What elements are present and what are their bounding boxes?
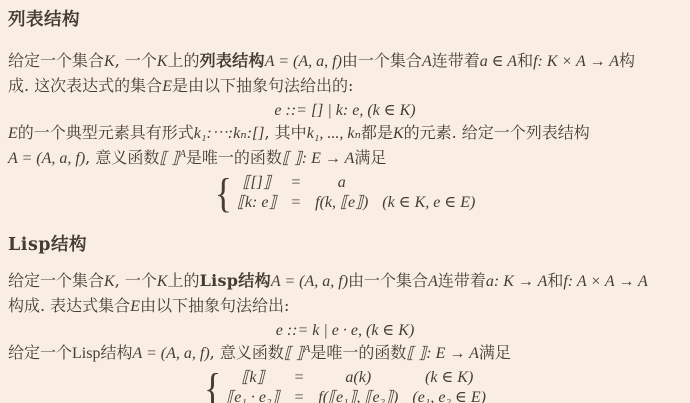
cases-block: { ⟦k⟧ = a(k) (k ∈ K) ⟦e₁ · e₂⟧ = f(⟦e₁⟧,… [8,368,682,403]
cases-rhs: a(k) [345,368,371,388]
cases-condition: (e₁, e₂ ∈ E) [412,388,486,403]
text-segment: 列表结构 [200,51,265,70]
text-segment: A [265,53,274,70]
text-segment: E [8,125,18,142]
text-segment: K [157,273,168,290]
text-segment: A [132,345,141,362]
text-segment: 上的 [168,271,200,290]
text-segment: , 一个 [115,51,157,70]
text-segment: a: K → A [486,273,547,290]
text-segment: ⟦ ⟧: E → A [406,345,478,362]
text-segment: 结构 [100,343,132,362]
text-segment: 是由以下抽象句法给出的: [172,76,353,95]
cases-rhs: f(k, ⟦e⟧) [315,193,368,213]
text-segment: A [304,343,311,355]
text-segment: 给定一个集合 [8,271,104,290]
cases-rhs: a [338,173,346,193]
text-segment: 连带着 [438,271,486,290]
text-segment: ⟦ ⟧ [159,150,179,167]
cases-lhs: ⟦k: e⟧ [237,193,276,213]
display-equation: e ::= k | e · e, (k ∈ K) [8,319,682,341]
text-line: 成. 这次表达式的集合E是由以下抽象句法给出的: [8,74,682,99]
document-page: { "page": { "background": "#f9eee1", "te… [0,0,690,403]
text-segment: 构成. 表达式集合 [8,296,130,315]
cases-eq: = [290,193,301,213]
cases-grid: ⟦k⟧ = a(k) (k ∈ K) ⟦e₁ · e₂⟧ = f(⟦e₁⟧, ⟦… [226,368,486,403]
text-segment: E [162,78,172,95]
text-segment: 都是 [361,123,393,142]
text-segment: , 意义函数 [210,343,284,362]
text-line: A = (A, a, f), 意义函数⟦ ⟧A是唯一的函数⟦ ⟧: E → A满… [8,146,682,172]
text-segment: 和 [517,51,533,70]
text-segment: K [104,53,115,70]
cases-lhs: ⟦k⟧ [241,368,264,388]
text-segment: 由一个集合 [348,271,428,290]
cases-block: { ⟦[]⟧ = a ⟦k: e⟧ = f(k, ⟦e⟧) (k ∈ K, e … [8,173,682,213]
section-lisp-structure: Lisp结构 给定一个集合K, 一个K上的Lisp结构A = (A, a, f)… [8,235,682,403]
text-segment: = (A, a, f) [142,345,210,362]
cases-rhs: f(⟦e₁⟧, ⟦e₂⟧) [318,388,398,403]
text-line: 给定一个集合K, 一个K上的Lisp结构A = (A, a, f)由一个集合A连… [8,269,682,294]
text-segment: 是唯一的函数 [186,148,282,167]
text-segment: k₁, ..., kₙ [307,125,361,142]
text-segment: , 其中 [265,123,307,142]
text-segment: 给定一个 [8,343,72,362]
text-segment: k₁:⋯:kₙ:[] [194,125,265,142]
cases-condition: (k ∈ K) [425,368,473,388]
text-segment: = (A, a, f) [274,53,342,70]
text-segment: K [104,273,115,290]
cases-condition: (k ∈ K, e ∈ E) [382,193,475,213]
text-segment: Lisp [72,345,100,362]
text-line: 给定一个Lisp结构A = (A, a, f), 意义函数⟦ ⟧A是唯一的函数⟦… [8,341,682,367]
text-segment: 是唯一的函数 [310,343,406,362]
text-line: E的一个典型元素具有形式k₁:⋯:kₙ:[], 其中k₁, ..., kₙ都是K… [8,121,682,146]
text-segment: 由一个集合 [342,51,422,70]
text-segment: A [428,273,438,290]
text-segment: A [179,148,186,160]
text-segment: 由以下抽象句法给出: [140,296,289,315]
text-segment: = (A, a, f) [17,150,85,167]
display-equation: e ::= [] | k: e, (k ∈ K) [8,99,682,121]
cases-brace: { [204,367,221,403]
cases-eq: = [293,368,304,388]
document: 列表结构 给定一个集合K, 一个K上的列表结构A = (A, a, f)由一个集… [8,10,682,403]
section-title: 列表结构 [8,10,682,30]
cases-eq: = [290,173,301,193]
section-list-structure: 列表结构 给定一个集合K, 一个K上的列表结构A = (A, a, f)由一个集… [8,10,682,213]
text-segment: 成. 这次表达式的集合 [8,76,162,95]
text-segment: 满足 [479,343,511,362]
text-segment: f: A × A → A [563,273,647,290]
cases-brace: { [215,172,232,213]
text-segment: 连带着 [432,51,480,70]
text-line: 给定一个集合K, 一个K上的列表结构A = (A, a, f)由一个集合A连带着… [8,49,682,74]
text-segment: K [157,53,168,70]
text-segment: e ::= k | e · e, (k ∈ K) [276,322,415,339]
text-segment: a ∈ A [480,53,517,70]
text-segment: , 意义函数 [85,148,159,167]
paragraph: 给定一个集合K, 一个K上的Lisp结构A = (A, a, f)由一个集合A连… [8,269,682,403]
text-segment: ⟦ ⟧: E → A [282,150,354,167]
paragraph: 给定一个集合K, 一个K上的列表结构A = (A, a, f)由一个集合A连带着… [8,49,682,213]
text-segment: 构 [619,51,635,70]
text-segment: ⟦ ⟧ [284,345,304,362]
text-segment: 上的 [168,51,200,70]
cases-eq: = [293,388,304,403]
cases-grid: ⟦[]⟧ = a ⟦k: e⟧ = f(k, ⟦e⟧) (k ∈ K, e ∈ … [237,173,475,213]
text-segment: A [271,273,280,290]
cases-lhs: ⟦[]⟧ [243,173,271,193]
text-segment: = (A, a, f) [280,273,348,290]
text-segment: 的一个典型元素具有形式 [18,123,194,142]
text-segment: 的元素. 给定一个列表结构 [404,123,590,142]
cases-lhs: ⟦e₁ · e₂⟧ [226,388,279,403]
section-title: Lisp结构 [8,235,682,255]
text-segment: 给定一个集合 [8,51,104,70]
text-segment: Lisp结构 [200,271,271,290]
text-segment: e ::= [] | k: e, (k ∈ K) [274,102,415,119]
text-line: 构成. 表达式集合E由以下抽象句法给出: [8,294,682,319]
text-segment: K [393,125,404,142]
text-segment: 满足 [354,148,386,167]
text-segment: , 一个 [115,271,157,290]
text-segment: f: K × A → A [533,53,619,70]
text-segment: 和 [547,271,563,290]
text-segment: A [422,53,432,70]
text-segment: E [130,298,140,315]
